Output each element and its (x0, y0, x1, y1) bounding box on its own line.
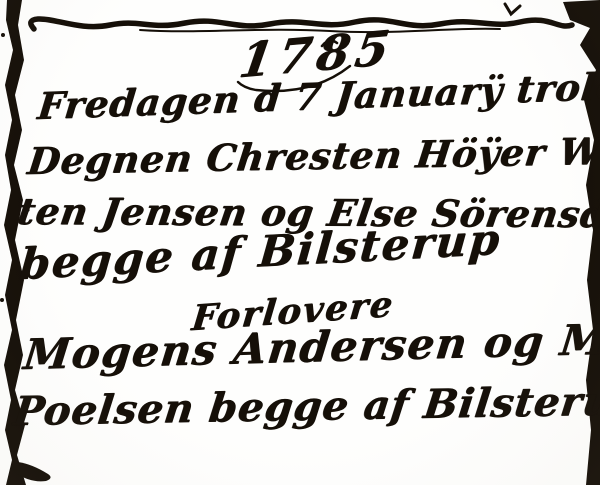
top-edge-tick (505, 4, 520, 14)
ink-speck (0, 298, 4, 302)
ink-speck (1, 33, 5, 37)
register-page-scan: 1785 Fredagen d 7 Januarÿ trolovede Degn… (0, 0, 600, 485)
